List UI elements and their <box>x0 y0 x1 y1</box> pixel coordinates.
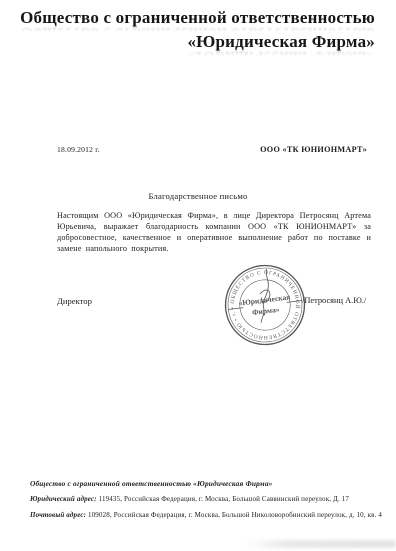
footer-company: Общество с ограниченной ответственностью… <box>30 479 380 488</box>
stamp-center-line2: Фирма» <box>251 305 280 317</box>
scan-artifact <box>244 540 396 548</box>
footer-postal-label: Почтовый адрес: <box>30 511 86 519</box>
letter-body: Настоящим ООО «Юридическая Фирма», в лиц… <box>57 210 371 254</box>
footer-legal-value: 119435, Российская Федерация, г. Москва,… <box>97 495 349 503</box>
letter-title: Благодарственное письмо <box>0 191 396 201</box>
letterhead: Общество с ограниченной ответственностью… <box>0 8 375 56</box>
footer-legal-label: Юридический адрес: <box>30 495 97 503</box>
scanned-letter-page: Общество с ограниченной ответственностью… <box>0 0 396 551</box>
letterhead-line2-reflection: «Юридическая Фирма» <box>0 48 375 56</box>
company-stamp: • ОБЩЕСТВО С ОГРАНИЧЕННОЙ ОТВЕТСТВЕННОСТ… <box>218 257 312 353</box>
stamp-seal-icon: • ОБЩЕСТВО С ОГРАНИЧЕННОЙ ОТВЕТСТВЕННОСТ… <box>218 257 312 353</box>
letter-date: 18.09.2012 г. <box>57 145 100 154</box>
signature-name: /Петросянц А.Ю./ <box>302 296 366 305</box>
meta-row: 18.09.2012 г. ООО «ТК ЮНИОНМАРТ» <box>57 145 367 154</box>
footer: Общество с ограниченной ответственностью… <box>30 479 380 527</box>
footer-postal-address: Почтовый адрес: 109028, Российская Федер… <box>30 511 380 519</box>
letterhead-line1-reflection: Общество с ограниченной ответственностью <box>0 24 375 32</box>
footer-legal-address: Юридический адрес: 119435, Российская Фе… <box>30 495 380 503</box>
letter-recipient: ООО «ТК ЮНИОНМАРТ» <box>260 145 367 154</box>
signature-role: Директор <box>57 296 92 306</box>
footer-postal-value: 109028, Российская Федерация, г. Москва,… <box>86 511 382 519</box>
